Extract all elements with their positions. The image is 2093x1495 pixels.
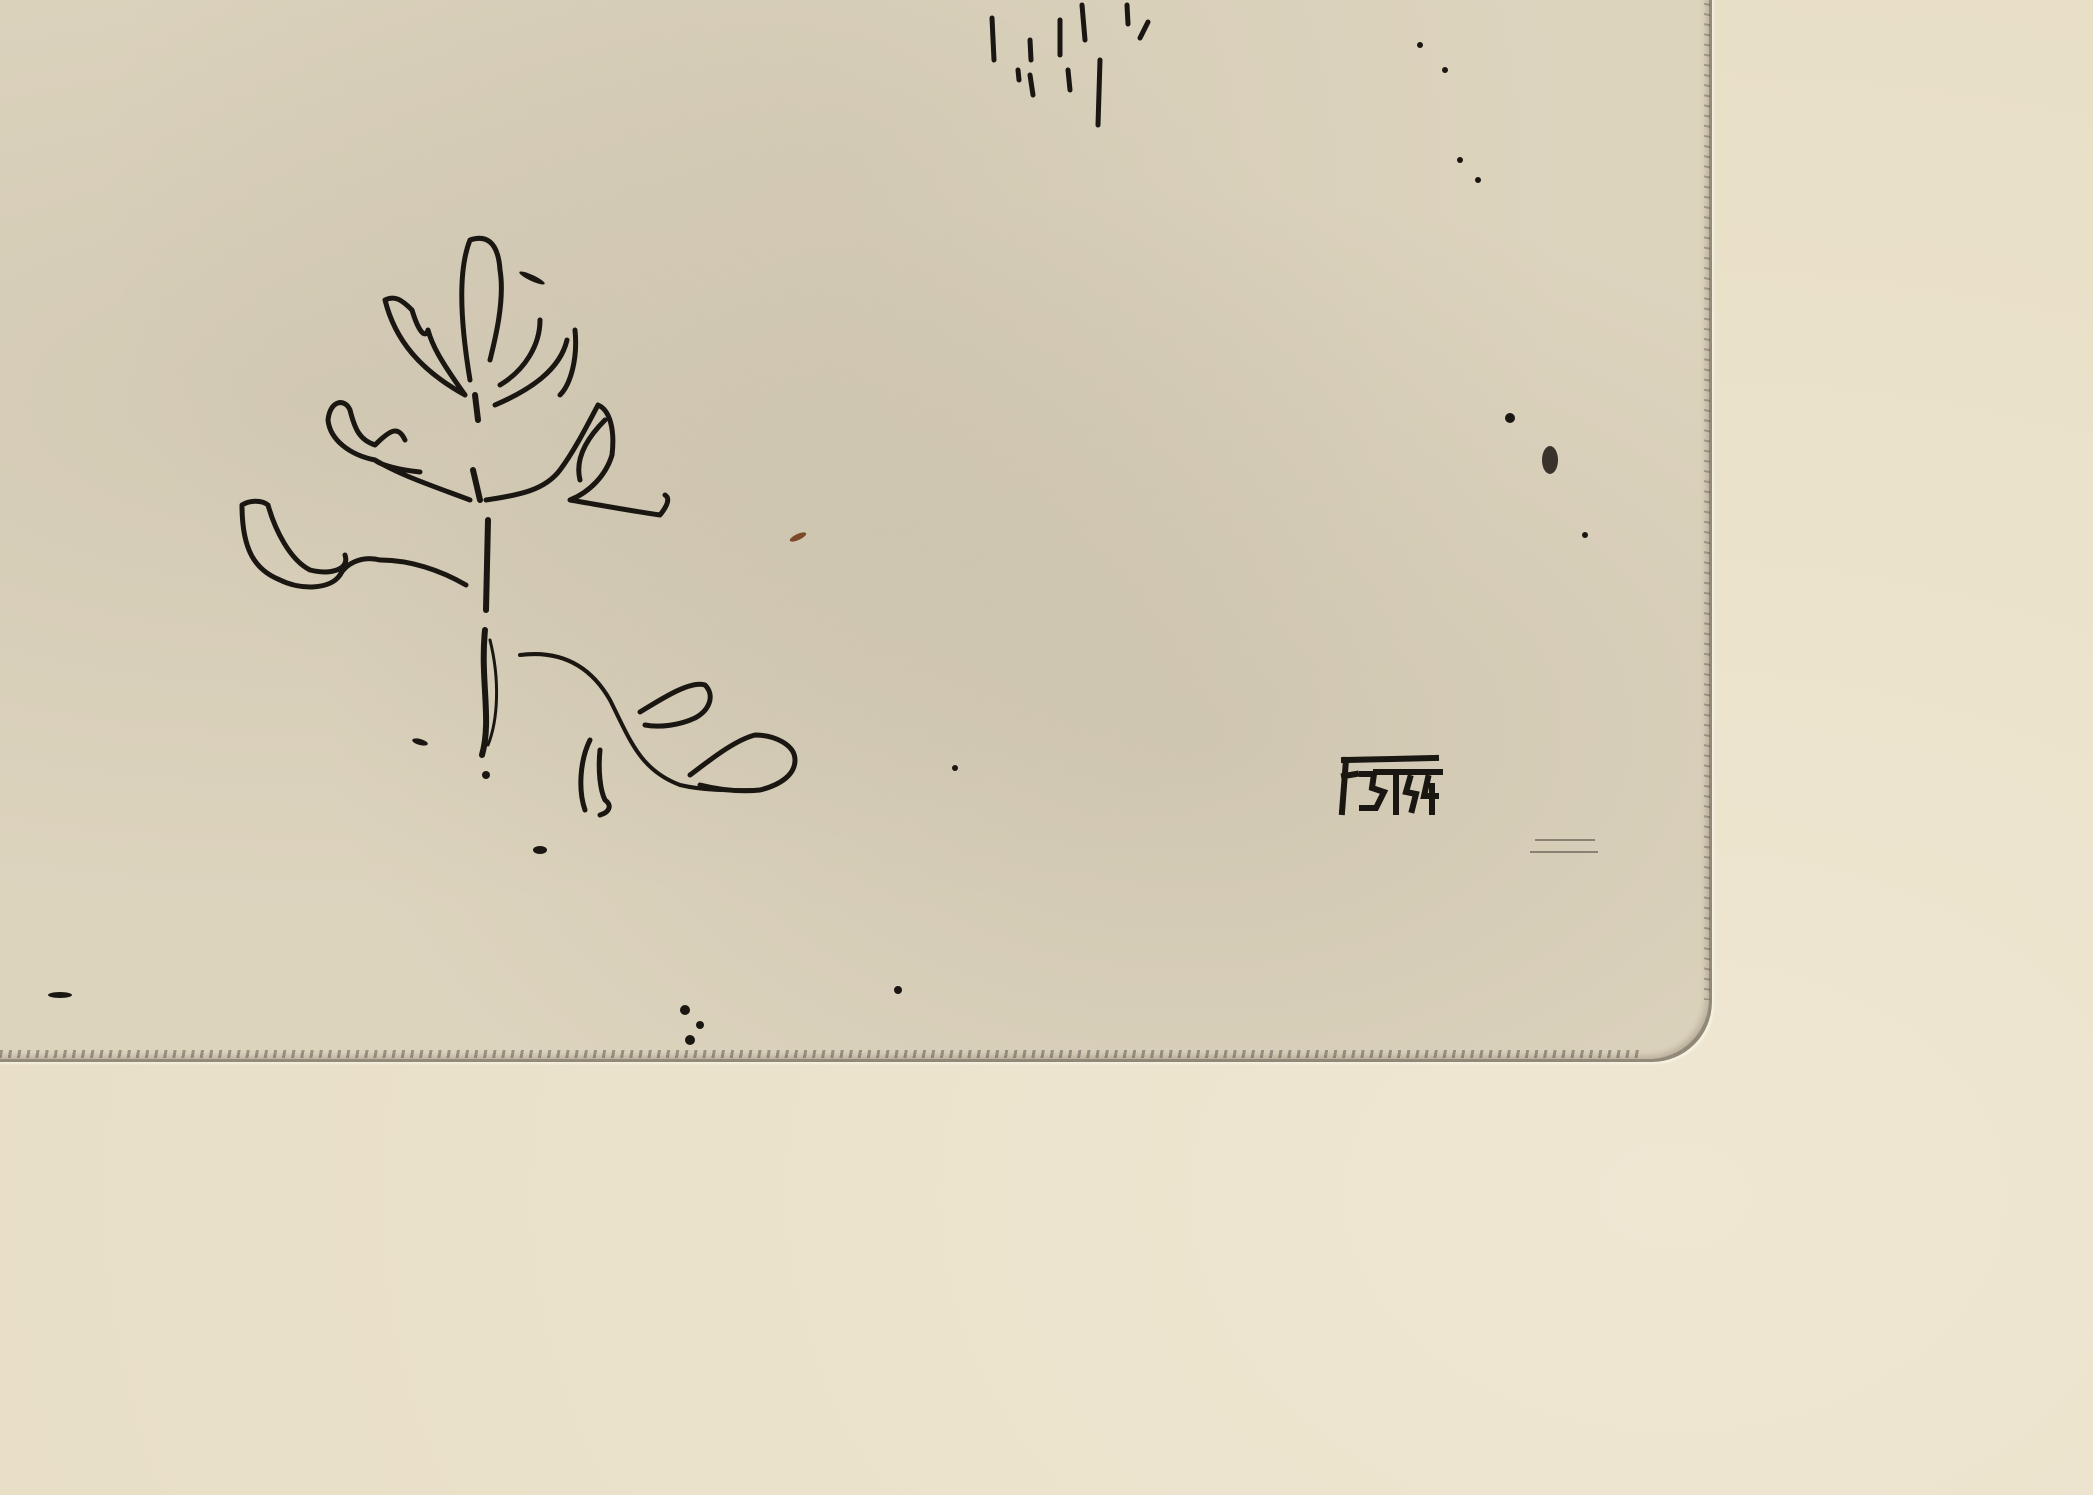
leaf-lower-left — [242, 501, 466, 587]
leaf-upper-left — [385, 298, 465, 395]
leaf-small-right — [640, 684, 710, 726]
ink-specks — [48, 42, 1588, 1045]
artist-monogram: FS 54 — [1336, 752, 1444, 816]
leaf-stem-curve — [520, 654, 760, 790]
leaf-far-right — [690, 735, 795, 791]
leaf-mid-left — [328, 403, 470, 500]
leaf-upper-right — [495, 320, 576, 405]
grass-strokes — [992, 5, 1148, 125]
monogram-glyph-icon — [1336, 752, 1444, 816]
leaf-mid-right — [486, 405, 668, 515]
plant-stem — [473, 395, 497, 755]
hatch-marks — [1530, 840, 1598, 852]
leaf-top — [462, 238, 502, 380]
rust-speck — [789, 530, 808, 543]
etched-drawing — [0, 0, 2093, 1495]
small-hook — [581, 740, 609, 815]
